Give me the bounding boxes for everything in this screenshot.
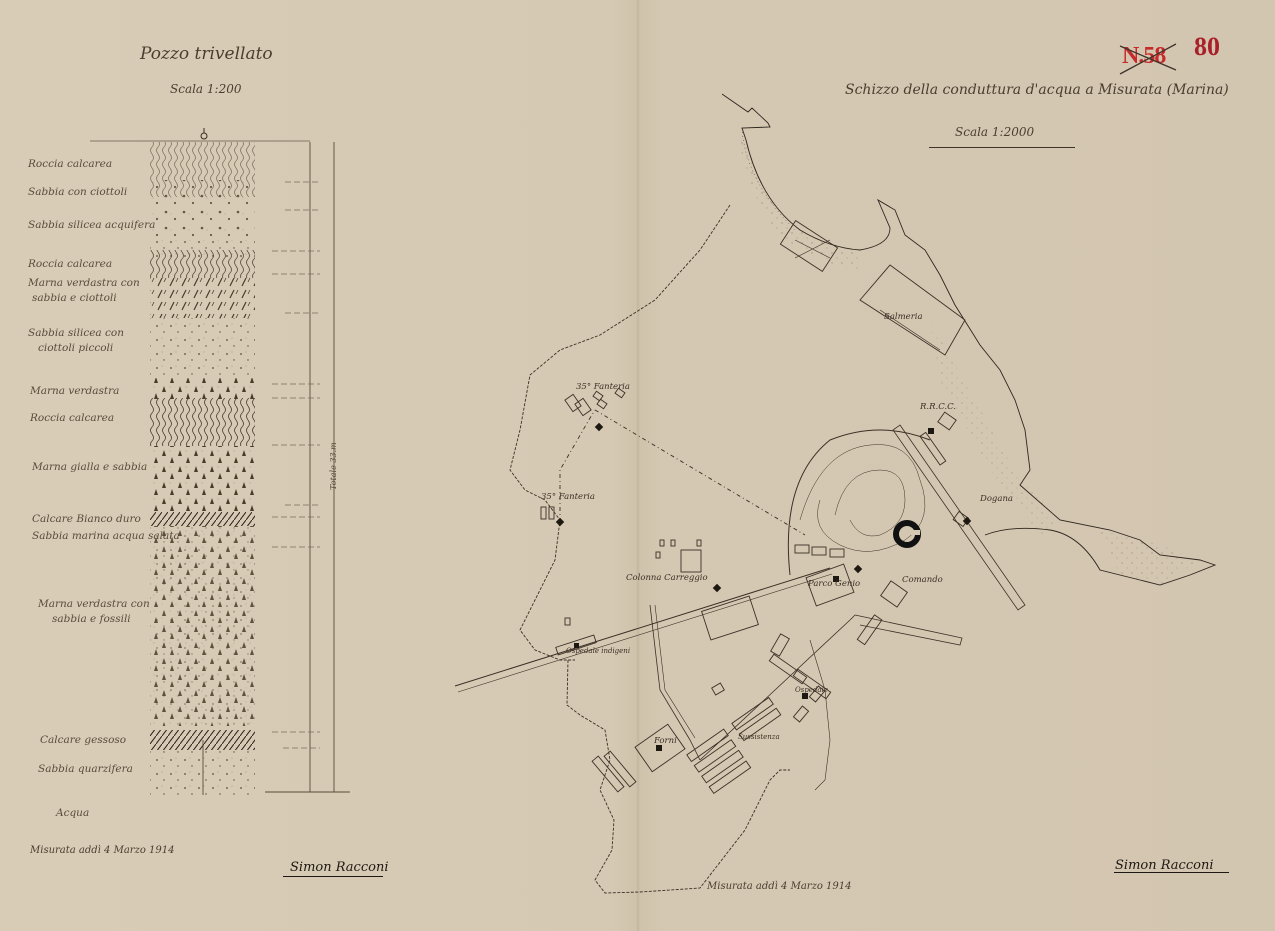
label-colonna-carreggio: Colonna Carreggio <box>626 573 708 583</box>
label-dogana: Dogana <box>980 494 1013 504</box>
label-sussistenza: Sussistenza <box>738 733 780 741</box>
label-ospedale-indigeni: Ospedale indigeni <box>566 647 630 655</box>
label-comando: Comando <box>902 575 943 585</box>
label-fanteria-west: 35° Fanteria <box>541 492 595 502</box>
label-ospedale: Ospedale <box>795 686 828 694</box>
map-date: Misurata addì 4 Marzo 1914 <box>707 881 852 892</box>
signature-underline <box>1114 872 1229 873</box>
label-parco-genio: Parco Genio <box>808 579 860 589</box>
label-fanteria-north: 35° Fanteria <box>576 382 630 392</box>
label-salmeria: Salmeria <box>884 312 923 322</box>
map-drawing <box>0 0 1275 931</box>
signature-right: Simon Racconi <box>1115 858 1213 873</box>
label-forni: Forni <box>654 736 677 746</box>
label-rrcc: R.R.C.C. <box>920 402 956 412</box>
